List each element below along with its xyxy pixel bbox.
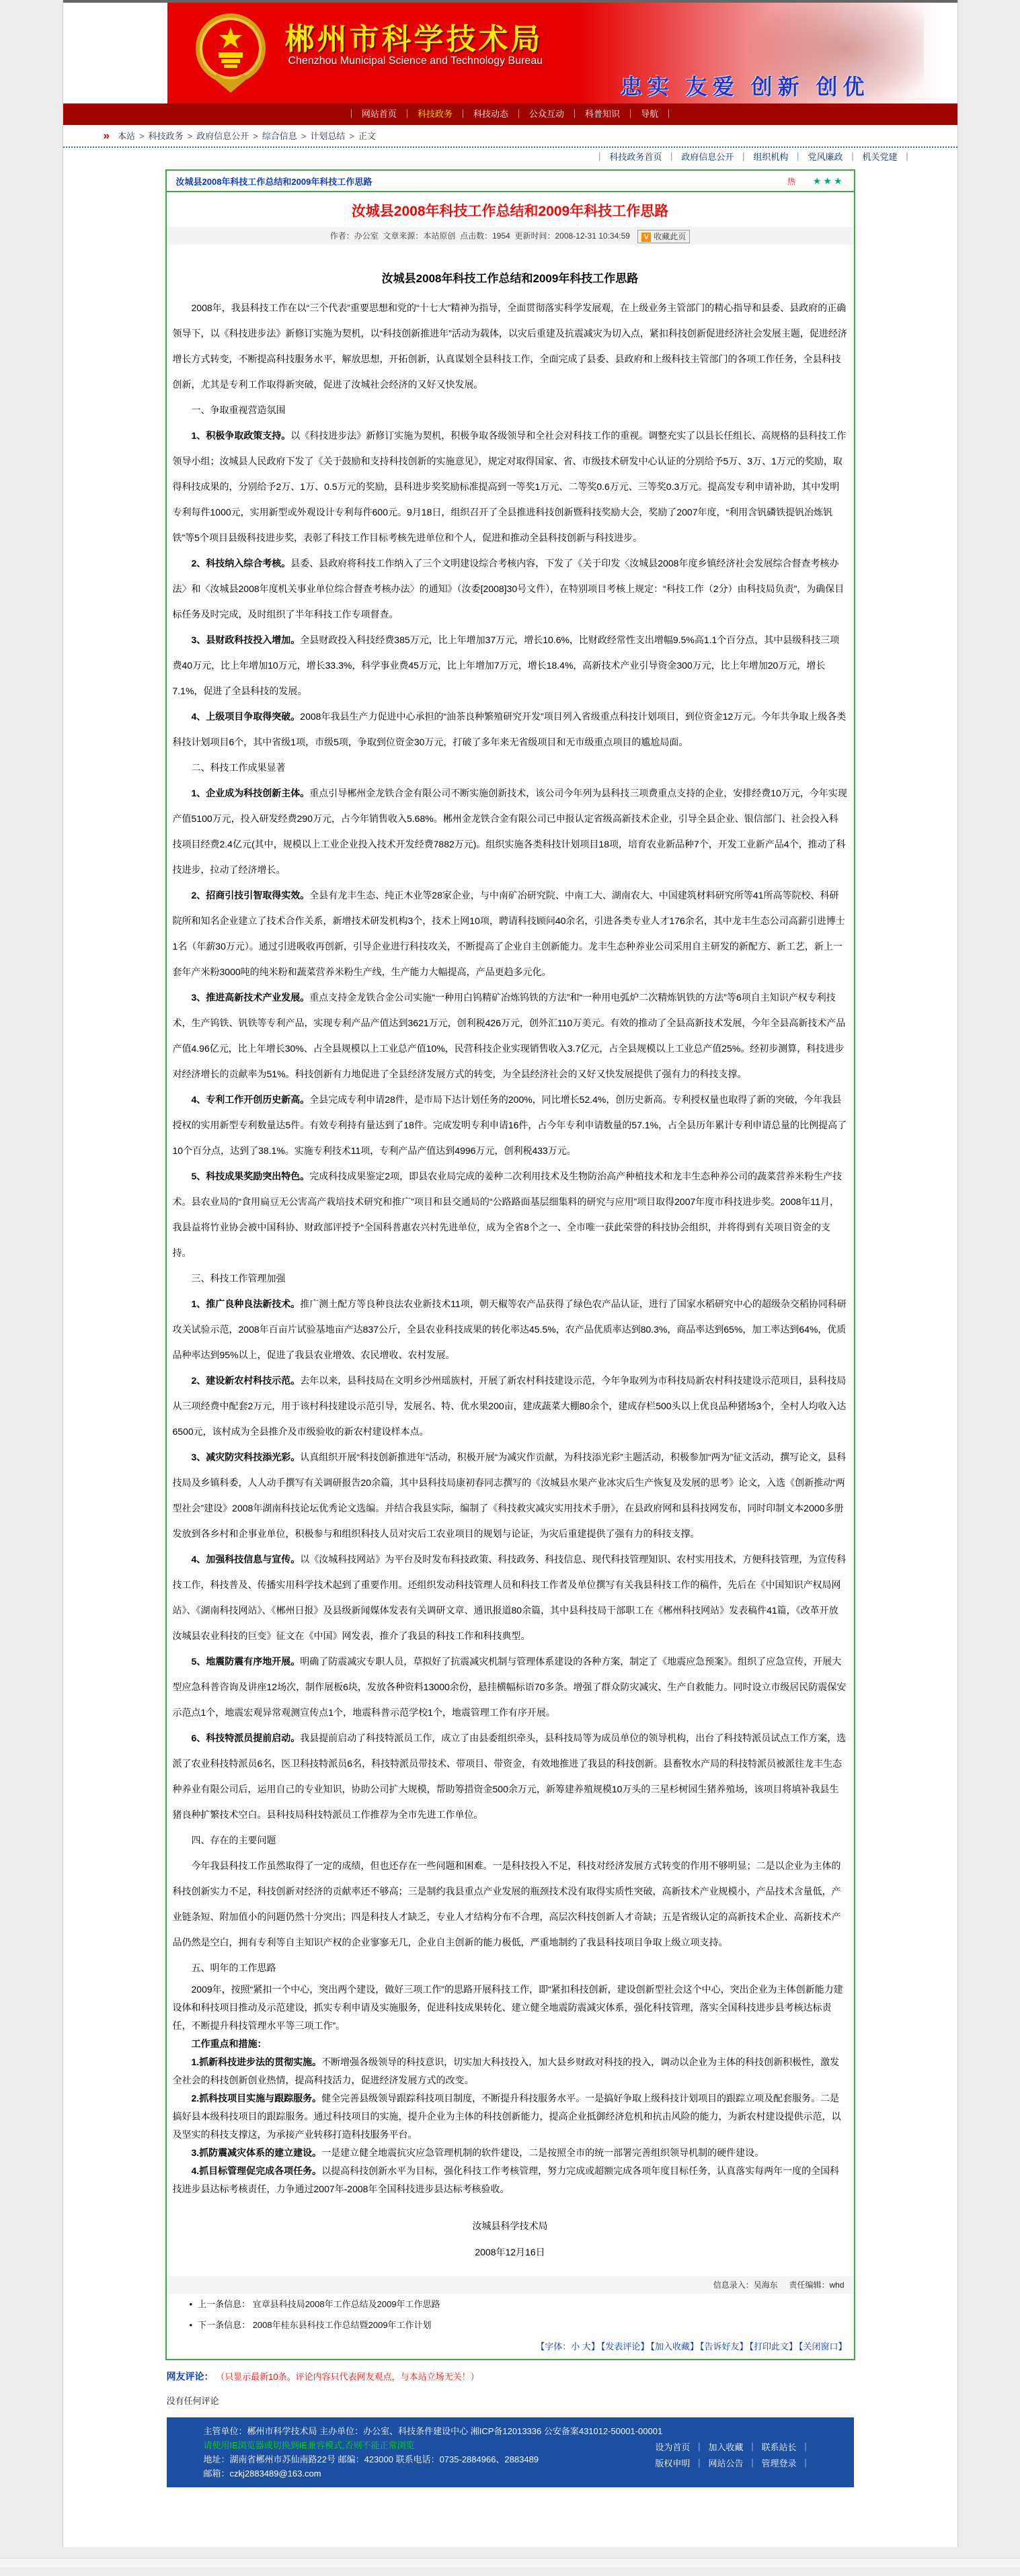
article-paragraph: 3、减灾防灾科技添光彩。认真组织开展“科技创新推进年”活动，积极开展“为减灾作贡… xyxy=(173,1444,848,1546)
paragraph-lead: 1、积极争取政策支持。 xyxy=(192,430,291,441)
main-nav-item-科技动态[interactable]: 科技动态 xyxy=(473,109,508,119)
article-paragraph: 二、科技工作成果显著 xyxy=(173,755,848,780)
banner-background: 郴州市科学技术局 Chenzhou Municipal Science and … xyxy=(167,3,957,103)
footer-link-separator: ｜ xyxy=(748,2458,756,2468)
nav-separator: ｜ xyxy=(570,109,579,119)
nav-separator: ｜ xyxy=(793,152,802,162)
updated-label: 更新时间： xyxy=(514,231,555,241)
paragraph-lead: 2、建设新农村科技示范。 xyxy=(192,1375,301,1386)
breadcrumb-items: 本站>科技政务>政府信息公开>综合信息>计划总结>正文 xyxy=(118,131,376,141)
article-paragraph: 今年我县科技工作虽然取得了一定的成绩，但也还存在一些问题和困难。一是科技投入不足… xyxy=(173,1853,848,1955)
paragraph-lead: 1、推广良种良法新技术。 xyxy=(192,1298,301,1309)
article-body: 汝城县2008年科技工作总结和2009年科技工作思路 2008年，我县科技工作在… xyxy=(167,245,854,2266)
nav-separator: ｜ xyxy=(626,109,635,119)
action-加入收藏[interactable]: 【加入收藏】 xyxy=(650,2341,699,2352)
source-value: 本站原创 xyxy=(423,231,455,241)
article-paragraph: 2、建设新农村科技示范。去年以来，县科技局在文明乡沙州瑶族村，开展了新农村科技建… xyxy=(173,1368,848,1444)
article-paragraph: 3.抓防震减灾体系的建立建设。一是建立健全地震抗灾应急管理机制的软件建设，二是按… xyxy=(173,2144,848,2162)
breadcrumb-separator: > xyxy=(301,131,307,141)
paragraph-lead: 2、科技纳入综合考核。 xyxy=(192,558,291,569)
footer-link-separator: ｜ xyxy=(748,2442,756,2452)
nav-separator: ｜ xyxy=(403,109,411,119)
article-paragraph: 三、科技工作管理加强 xyxy=(173,1265,848,1291)
article-paragraph: 1.抓新科技进步法的贯彻实施。不断增强各级领导的科技意识，切实加大科技投入，加大… xyxy=(173,2053,848,2089)
main-nav-item-导航[interactable]: 导航 xyxy=(641,109,658,119)
paragraph-lead: 3.抓防震减灾体系的建立建设。 xyxy=(192,2147,322,2158)
footer-link-管理登录[interactable]: 管理登录 xyxy=(761,2458,796,2468)
signature-org: 汝城县科学技术局 xyxy=(173,2213,848,2239)
nav-separator: ｜ xyxy=(459,109,467,119)
banner-slogan: 忠实 友爱 创新 创优 xyxy=(621,70,870,101)
paragraph-lead: 4、专利工作开创历史新高。 xyxy=(192,1094,310,1105)
clicks-value: 1954 xyxy=(492,231,510,241)
favorite-v-icon: V xyxy=(641,233,651,242)
article-paragraph: 四、存在的主要问题 xyxy=(173,1827,848,1853)
breadcrumb-item-正文[interactable]: 正文 xyxy=(358,131,376,141)
article-paragraph: 2008年，我县科技工作在以“三个代表”重要思想和党的“十七大”精神为指导，全面… xyxy=(173,295,848,397)
breadcrumb-separator: > xyxy=(139,131,145,141)
article-paragraph: 1、推广良种良法新技术。推广测土配方等良种良法农业新技术11项，朝天椒等农产品获… xyxy=(173,1291,848,1368)
article-paragraph: 3、推进高新技术产业发展。重点支持金龙铁合金公司实施“一种用白钨精矿冶炼钨铁的方… xyxy=(173,985,848,1087)
main-nav-item-科普知识[interactable]: 科普知识 xyxy=(585,109,620,119)
paragraph-lead: 工作重点和措施： xyxy=(192,2038,267,2049)
comments-empty-text: 没有任何评论 xyxy=(167,2394,854,2407)
article-paragraph: 4、上级项目争取得突破。2008年我县生产力促进中心承担的“油茶良种繁殖研究开发… xyxy=(173,704,848,755)
breadcrumb-item-计划总结[interactable]: 计划总结 xyxy=(310,131,345,141)
paragraph-lead: 2、招商引技引智取得实效。 xyxy=(192,890,310,901)
breadcrumb-item-本站[interactable]: 本站 xyxy=(118,131,135,141)
prev-label: 上一条信息： xyxy=(198,2299,250,2309)
clicks-label: 点击数： xyxy=(460,231,492,241)
breadcrumb-arrows-icon: » xyxy=(104,129,110,142)
site-title: 郴州市科学技术局 xyxy=(285,15,543,58)
article-actions: 【字体：小 大】【发表评论】【加入收藏】【告诉好友】【打印此文】【关闭窗口】 xyxy=(167,2335,854,2359)
action-关闭窗口[interactable]: 【关闭窗口】 xyxy=(799,2341,847,2352)
article-paragraph: 五、明年的工作思路 xyxy=(173,1955,848,1981)
editor-label: 责任编辑： xyxy=(789,2280,829,2290)
paragraph-lead: 5、地震防震有序地开展。 xyxy=(192,1656,301,1667)
entry-value: 吴海东 xyxy=(754,2280,778,2290)
article-paragraph: 2、科技纳入综合考核。县委、县政府将科技工作纳入了三个文明建设综合考核内容，下发… xyxy=(173,550,848,627)
site-subtitle-english: Chenzhou Municipal Science and Technolog… xyxy=(288,55,543,67)
bottom-strip xyxy=(0,2558,1020,2567)
sub-nav-item-政府信息公开[interactable]: 政府信息公开 xyxy=(681,152,734,162)
main-nav-item-公众互动[interactable]: 公众互动 xyxy=(529,109,564,119)
footer-authority-line: 主管单位：郴州市科学技术局 主办单位：办公室、科技条件建设中心 湘ICP备120… xyxy=(167,2424,854,2438)
article-paragraph: 4、加强科技信息与宣传。以《汝城科技网站》为平台及时发布科技政策、科技政务、科技… xyxy=(173,1546,848,1649)
comments-section: 网友评论： （只显示最新10条。评论内容只代表网友观点，与本站立场无关！） 没有… xyxy=(167,2370,854,2407)
article-box-header: 汝城县2008年科技工作总结和2009年科技工作思路 热 ★★★ xyxy=(167,171,854,192)
next-article-row: •下一条信息： 2008年桂东县科技工作总结暨2009年工作计划 xyxy=(167,2315,854,2335)
editor-value: whd xyxy=(829,2280,844,2290)
rating-stars: ★★★ xyxy=(813,175,845,187)
article-paragraph: 5、地震防震有序地开展。明确了防震减灾专职人员，草拟好了抗震减灾机制与管理体系建… xyxy=(173,1649,848,1725)
article-meta-bar: 作者：办公室 文章来源：本站原创 点击数：1954 更新时间：2008-12-3… xyxy=(167,227,854,245)
paragraph-lead: 4、加强科技信息与宣传。 xyxy=(192,1554,301,1565)
bullet-icon: • xyxy=(190,2299,193,2309)
footer-link-separator: ｜ xyxy=(801,2458,810,2468)
breadcrumb-item-科技政务[interactable]: 科技政务 xyxy=(149,131,184,141)
source-label: 文章来源： xyxy=(383,231,423,241)
breadcrumb-item-综合信息[interactable]: 综合信息 xyxy=(262,131,297,141)
article-box: 汝城县2008年科技工作总结和2009年科技工作思路 热 ★★★ 汝城县2008… xyxy=(165,169,855,2360)
favorite-button[interactable]: V收藏此页 xyxy=(637,230,690,243)
bullet-icon: • xyxy=(190,2320,193,2330)
prev-article-row: •上一条信息： 宜章县科技局2008年工作总结及2009年工作思路 xyxy=(167,2294,854,2315)
breadcrumb: »本站>科技政务>政府信息公开>综合信息>计划总结>正文 xyxy=(63,125,957,148)
updated-value: 2008-12-31 10:34:59 xyxy=(555,231,630,241)
article-paragraph: 一、争取重视营造氛围 xyxy=(173,397,848,423)
article-paragraph: 1、企业成为科技创新主体。重点引导郴州金龙铁合金有限公司不断实施创新技术，该公司… xyxy=(173,780,848,882)
next-label: 下一条信息： xyxy=(198,2320,250,2330)
article-paragraph: 6、科技特派员提前启动。我县提前启动了科技特派员工作，成立了由县委组织牵头，县科… xyxy=(173,1725,848,1827)
paragraph-lead: 5、科技成果奖励突出特色。 xyxy=(192,1171,310,1181)
footer-link-版权申明[interactable]: 版权申明 xyxy=(655,2458,690,2468)
article-paragraph: 工作重点和措施： xyxy=(173,2035,848,2053)
paragraph-lead: 6、科技特派员提前启动。 xyxy=(192,1733,301,1743)
footer-link-separator: ｜ xyxy=(695,2442,703,2452)
sub-nav-item-科技政务首页[interactable]: 科技政务首页 xyxy=(609,152,662,162)
breadcrumb-separator: > xyxy=(253,131,258,141)
action-打印此文[interactable]: 【打印此文】 xyxy=(749,2341,797,2352)
paragraph-lead: 3、县财政科技投入增加。 xyxy=(192,634,301,645)
paragraph-lead: 2.抓科技项目实施与跟踪服务。 xyxy=(192,2093,322,2104)
signature-date: 2008年12月16日 xyxy=(173,2239,848,2266)
article-paragraph: 4.抓目标管理促完成各项任务。以提高科技创新水平为目标，强化科技工作考核管理，努… xyxy=(173,2162,848,2198)
action-字体小大[interactable]: 【字体：小 大】 xyxy=(536,2341,600,2352)
article-paragraphs: 2008年，我县科技工作在以“三个代表”重要思想和党的“十七大”精神为指导，全面… xyxy=(173,295,848,2198)
paragraph-lead: 1.抓新科技进步法的贯彻实施。 xyxy=(192,2056,322,2067)
sub-nav-item-党风廉政[interactable]: 党风廉政 xyxy=(808,152,842,162)
article-list-title[interactable]: 汝城县2008年科技工作总结和2009年科技工作思路 xyxy=(176,175,787,188)
nav-separator: ｜ xyxy=(848,152,857,162)
comments-note: （只显示最新10条。评论内容只代表网友观点，与本站立场无关！） xyxy=(216,2372,479,2382)
nav-separator: ｜ xyxy=(667,152,676,162)
paragraph-lead: 4.抓目标管理促完成各项任务。 xyxy=(192,2165,322,2176)
site-banner: 郴州市科学技术局 Chenzhou Municipal Science and … xyxy=(63,3,957,103)
footer-links-row1: 设为首页｜加入收藏｜联系站长｜ xyxy=(655,2440,814,2453)
document-title: 汝城县2008年科技工作总结和2009年科技工作思路 xyxy=(173,269,848,286)
main-nav: ｜网站首页｜科技政务｜科技动态｜公众互动｜科普知识｜导航｜ xyxy=(63,103,957,125)
next-article-link[interactable]: 2008年桂东县科技工作总结暨2009年工作计划 xyxy=(253,2320,432,2330)
article-paragraph: 4、专利工作开创历史新高。全县完成专利申请28件，是市局下达计划任务的200%，… xyxy=(173,1087,848,1163)
paragraph-lead: 4、上级项目争取得突破。 xyxy=(192,711,301,722)
sub-nav: ｜科技政务首页｜政府信息公开｜组织机构｜党风廉政｜机关党建｜ xyxy=(63,148,957,167)
nav-separator: ｜ xyxy=(739,152,748,162)
footer-link-网站公告[interactable]: 网站公告 xyxy=(708,2458,743,2468)
record-bar: 信息录入：吴海东 责任编辑：whd xyxy=(167,2276,854,2294)
page: 郴州市科学技术局 Chenzhou Municipal Science and … xyxy=(63,0,958,2547)
nav-separator: ｜ xyxy=(664,109,673,119)
footer-links-row2: 版权申明｜网站公告｜管理登录｜ xyxy=(655,2456,814,2469)
article-paragraph: 2.抓科技项目实施与跟踪服务。健全完善县级领导跟踪科技项目制度，不断提升科技服务… xyxy=(173,2089,848,2144)
article-paragraph: 5、科技成果奖励突出特色。完成科技成果鉴定2项，即县农业局完成的姜种二次利用技术… xyxy=(173,1163,848,1265)
nav-separator: ｜ xyxy=(595,152,604,162)
article-paragraph: 2、招商引技引智取得实效。全县有龙丰生态、纯正木业等28家企业，与中南矿冶研究院… xyxy=(173,882,848,985)
article-paragraph: 3、县财政科技投入增加。全县财政投入科技经费385万元，比上年增加37万元，增长… xyxy=(173,627,848,704)
comments-label: 网友评论： xyxy=(167,2371,214,2382)
breadcrumb-separator: > xyxy=(188,131,193,141)
article-paragraph: 1、积极争取政策支持。以《科技进步法》新修订实施为契机，积极争取各级领导和全社会… xyxy=(173,423,848,550)
nav-separator: ｜ xyxy=(902,152,911,162)
action-发表评论[interactable]: 【发表评论】 xyxy=(601,2341,650,2352)
breadcrumb-item-政府信息公开[interactable]: 政府信息公开 xyxy=(196,131,249,141)
breadcrumb-separator: > xyxy=(349,131,354,141)
nav-separator: ｜ xyxy=(347,109,356,119)
site-footer: 主管单位：郴州市科学技术局 主办单位：办公室、科技条件建设中心 湘ICP备120… xyxy=(167,2417,854,2487)
entry-label: 信息录入： xyxy=(713,2280,754,2290)
footer-link-设为首页[interactable]: 设为首页 xyxy=(655,2442,690,2452)
sub-nav-item-机关党建[interactable]: 机关党建 xyxy=(862,152,897,162)
author-label: 作者： xyxy=(330,231,354,241)
paragraph-lead: 1、企业成为科技创新主体。 xyxy=(192,788,310,798)
favorite-label: 收藏此页 xyxy=(654,232,686,241)
sub-nav-item-组织机构[interactable]: 组织机构 xyxy=(753,152,788,162)
main-nav-item-科技政务[interactable]: 科技政务 xyxy=(418,109,453,119)
paragraph-lead: 3、推进高新技术产业发展。 xyxy=(192,992,310,1003)
nav-separator: ｜ xyxy=(514,109,523,119)
footer-link-separator: ｜ xyxy=(801,2442,810,2452)
national-emblem-icon xyxy=(193,8,268,98)
article-title: 汝城县2008年科技工作总结和2009年科技工作思路 xyxy=(167,192,854,227)
author-value: 办公室 xyxy=(354,231,379,241)
hot-badge: 热 xyxy=(787,175,795,187)
main-nav-item-网站首页[interactable]: 网站首页 xyxy=(362,109,397,119)
action-告诉好友[interactable]: 【告诉好友】 xyxy=(700,2341,748,2352)
article-paragraph: 2009年，按照“紧扣一个中心，突出两个建设，做好三项工作”的思路开展科技工作，… xyxy=(173,1981,848,2035)
footer-link-加入收藏[interactable]: 加入收藏 xyxy=(708,2442,743,2452)
paragraph-lead: 3、减灾防灾科技添光彩。 xyxy=(192,1452,301,1462)
footer-link-separator: ｜ xyxy=(695,2458,703,2468)
prev-article-link[interactable]: 宜章县科技局2008年工作总结及2009年工作思路 xyxy=(253,2299,440,2309)
footer-link-联系站长[interactable]: 联系站长 xyxy=(761,2442,796,2452)
